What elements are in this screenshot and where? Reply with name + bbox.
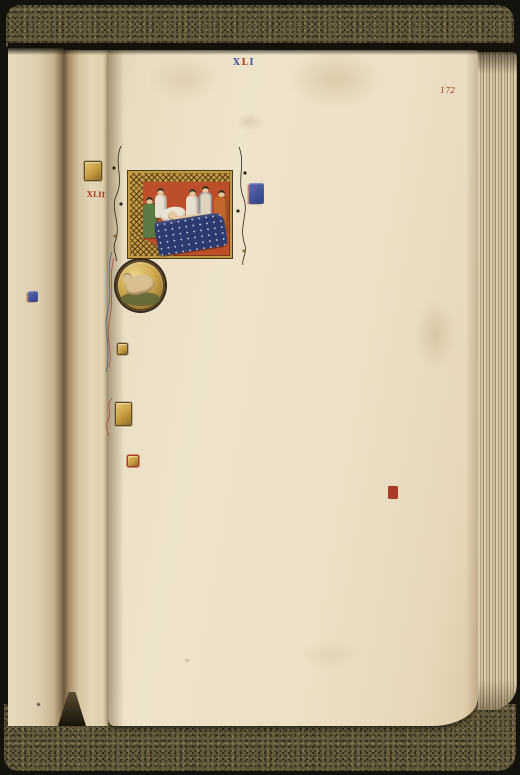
med-head [123,273,133,283]
parchment-stain [183,658,191,663]
parchment-stain [414,298,456,370]
blue-lombard-initial [249,183,264,204]
vine-flourish-left-of-miniature [109,146,127,261]
med-ground [121,292,160,306]
manuscript-photograph: XLI 172 XLII [0,0,520,775]
folio-number: 172 [440,87,455,95]
parchment-stain [36,702,41,707]
mourner-head [146,197,153,204]
left-page-small-initial [28,291,38,302]
parchment-stain [148,56,220,102]
running-head-letter: I [249,58,255,68]
red-gold-initial [127,455,139,467]
attendant-head [202,186,209,193]
attendant-head [189,189,196,196]
gold-initial-small [117,343,128,355]
historiated-medallion-initial [116,260,165,311]
vine-flourish-right-of-miniature [234,147,250,265]
manuscript-page [108,50,478,726]
attendant-head [218,190,225,197]
miniature-deathbed-scene [128,171,232,258]
running-head-roman-numeral: XLI [233,59,255,68]
parchment-stain [236,113,264,131]
gold-initial-flourished [115,402,132,426]
facing-page-inner-strip [64,50,108,726]
cover-shadow [8,43,517,55]
book-fore-edge [478,52,517,710]
parchment-stain [288,48,383,110]
olive-surface-top-band [6,5,514,47]
pen-flourish-red [101,398,114,436]
gloss-red-initial [388,486,398,499]
left-page-gold-initial [84,161,102,181]
pen-flourish-blue-red [100,252,116,372]
left-page-chapter-rubric: XLII [87,191,105,199]
parchment-stain [300,640,360,670]
mourner-head [157,188,164,195]
facing-page-column-strip [8,48,64,726]
miniature-canopy-band [130,173,230,182]
